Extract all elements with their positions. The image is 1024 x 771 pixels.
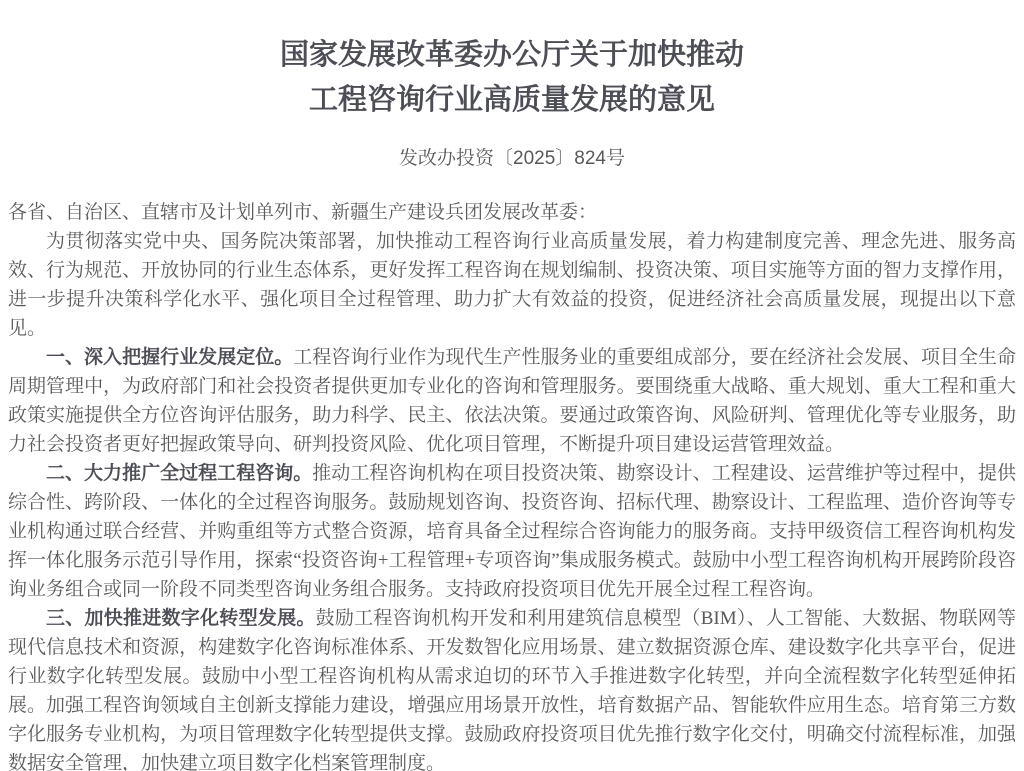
section-heading-1: 一、深入把握行业发展定位。 [46, 347, 293, 368]
title-line-1: 国家发展改革委办公厅关于加快推动 [280, 39, 744, 71]
section-heading-3: 三、加快推进数字化转型发展。 [46, 608, 316, 629]
section-heading-2: 二、大力推广全过程工程咨询。 [46, 463, 312, 484]
title-line-2: 工程咨询行业高质量发展的意见 [309, 84, 715, 116]
section-paragraph-1: 一、深入把握行业发展定位。工程咨询行业作为现代生产性服务业的重要组成部分，要在经… [8, 343, 1016, 459]
document-number: 发改办投资〔2025〕824号 [0, 144, 1024, 173]
section-paragraph-2: 二、大力推广全过程工程咨询。推动工程咨询机构在项目投资决策、勘察设计、工程建设、… [8, 459, 1016, 604]
intro-paragraph: 为贯彻落实党中央、国务院决策部署，加快推动工程咨询行业高质量发展，着力构建制度完… [8, 227, 1016, 343]
document-page: 国家发展改革委办公厅关于加快推动 工程咨询行业高质量发展的意见 发改办投资〔20… [0, 0, 1024, 771]
salutation: 各省、自治区、直辖市及计划单列市、新疆生产建设兵团发展改革委： [8, 198, 1016, 227]
document-body: 各省、自治区、直辖市及计划单列市、新疆生产建设兵团发展改革委： 为贯彻落实党中央… [8, 198, 1016, 771]
document-title: 国家发展改革委办公厅关于加快推动 工程咨询行业高质量发展的意见 [10, 33, 1014, 123]
section-body-3: 鼓励工程咨询机构开发和利用建筑信息模型（BIM）、人工智能、大数据、物联网等现代… [8, 608, 1016, 771]
section-paragraph-3: 三、加快推进数字化转型发展。鼓励工程咨询机构开发和利用建筑信息模型（BIM）、人… [8, 604, 1016, 771]
